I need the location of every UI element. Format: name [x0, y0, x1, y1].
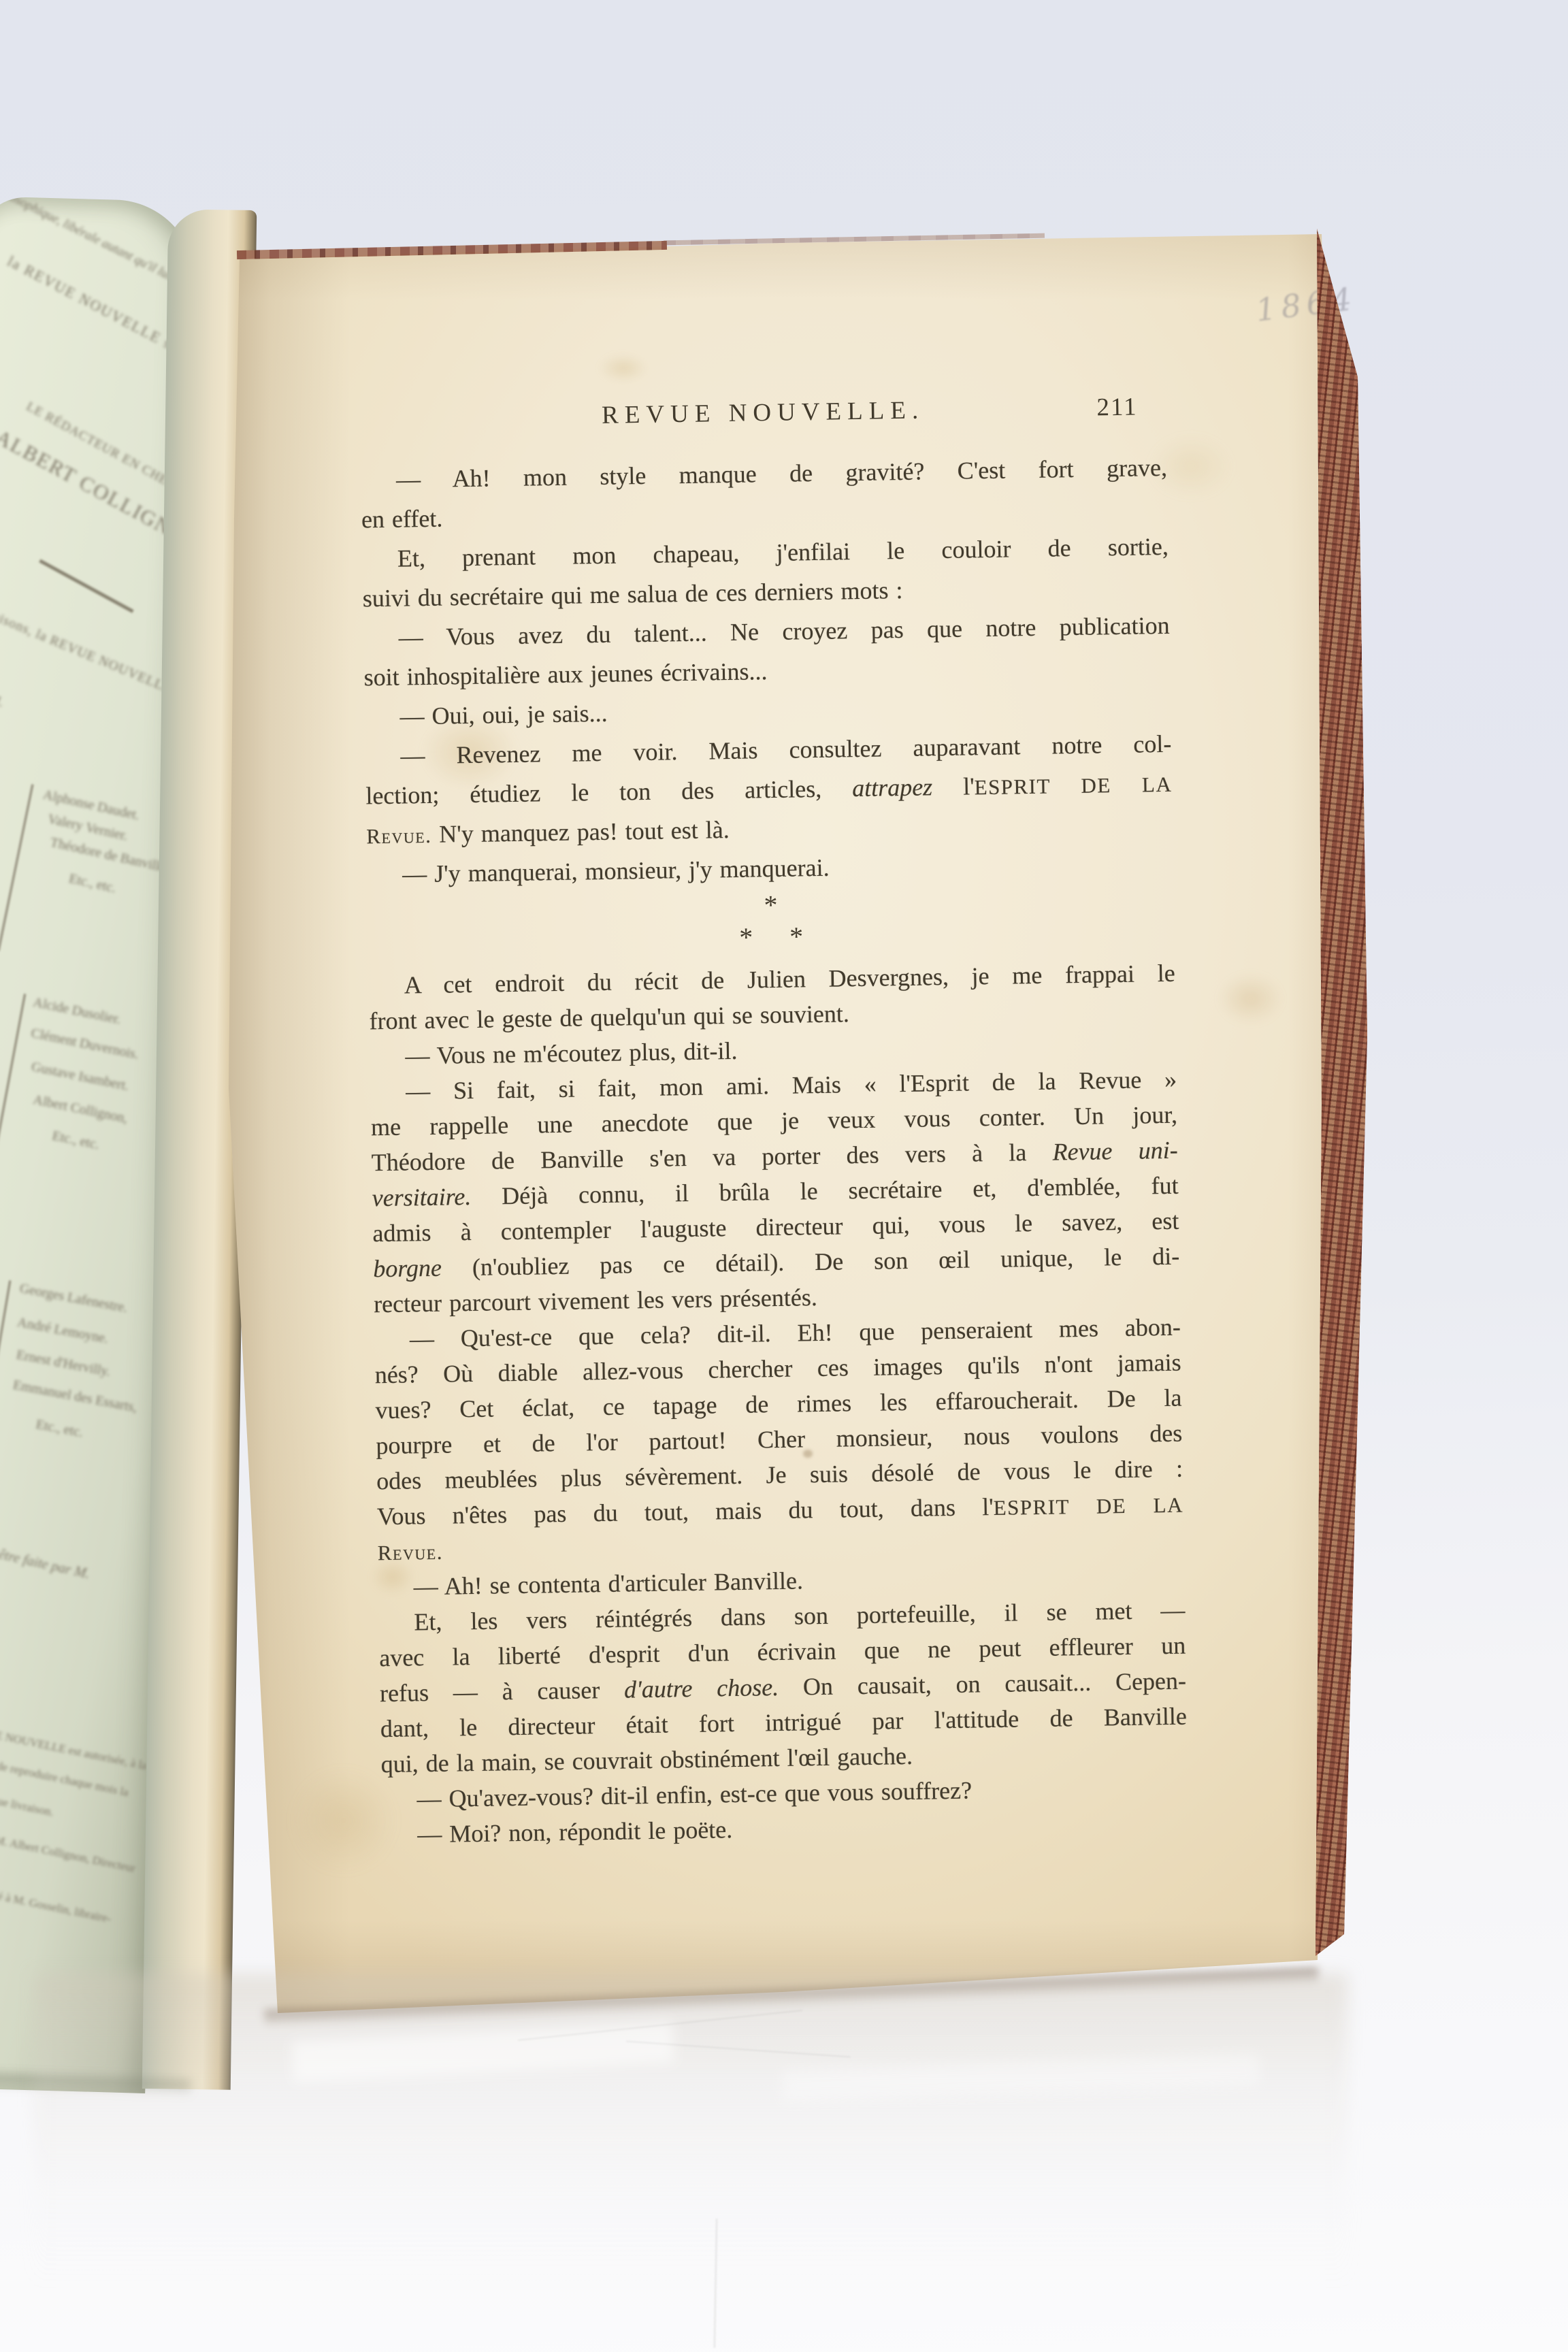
left-page-fragment: mera à être faite par M. [0, 1536, 91, 1582]
left-page-contributors: Théodore de Banville, [49, 835, 171, 877]
left-page-fragment: de MM. [0, 680, 6, 710]
left-page-contributors: Alcide Dusolier. [32, 995, 122, 1028]
left-page-contributors: Etc., etc. [51, 1128, 101, 1154]
printed-text-block: REVUE NOUVELLE. 211 — Ah! mon style manq… [359, 392, 1188, 1852]
text-section-b: A cet endroit du récit de Julien Desverg… [368, 955, 1188, 1852]
left-page-contributors: Etc., etc. [67, 871, 117, 897]
right-page: REVUE NOUVELLE. 211 — Ah! mon style manq… [225, 228, 1368, 2028]
brace-line [0, 784, 33, 951]
left-page-contributors: Clément Duvernois. [29, 1026, 140, 1063]
left-page-contributors: Emmanuel des Essarts, [12, 1377, 138, 1416]
left-page-rule [39, 559, 133, 613]
left-page-contributors: André Lemoyne. [16, 1315, 109, 1347]
paper-stain [599, 354, 648, 382]
paper-stain [293, 1769, 395, 1872]
page-header: REVUE NOUVELLE. 211 [359, 392, 1166, 443]
left-page-contributors: Georges Lafenestre. [18, 1281, 129, 1316]
left-page-fragment: maire de chaque livraison. [0, 1782, 55, 1820]
text-section-a: — Ah! mon style manque de gravité? C'est… [361, 448, 1174, 895]
running-title: REVUE NOUVELLE. [359, 392, 1166, 434]
left-page-contributors: Albert Collignon, [32, 1092, 129, 1127]
brace-line [0, 1280, 11, 1502]
surface-reflection [34, 1974, 1347, 2287]
book-photograph: philosophique, libérale autant qu'il lui… [0, 0, 1568, 2352]
left-page-contributors: Ernest d'Hervilly. [15, 1347, 112, 1379]
left-page-fragment: doit être adressé à M. Gosselin, librair… [0, 1875, 112, 1925]
page-number: 211 [1096, 392, 1138, 422]
asterism-separator: * * * [367, 882, 1175, 968]
left-page-contributors: Etc., etc. [35, 1417, 84, 1441]
left-page-contributors: Gustave Isambert. [30, 1059, 130, 1094]
left-page-fragment: être adressé à M. Albert Collignon, Dire… [0, 1820, 137, 1876]
brace-line [0, 994, 26, 1208]
paper-stain [1218, 973, 1283, 1024]
